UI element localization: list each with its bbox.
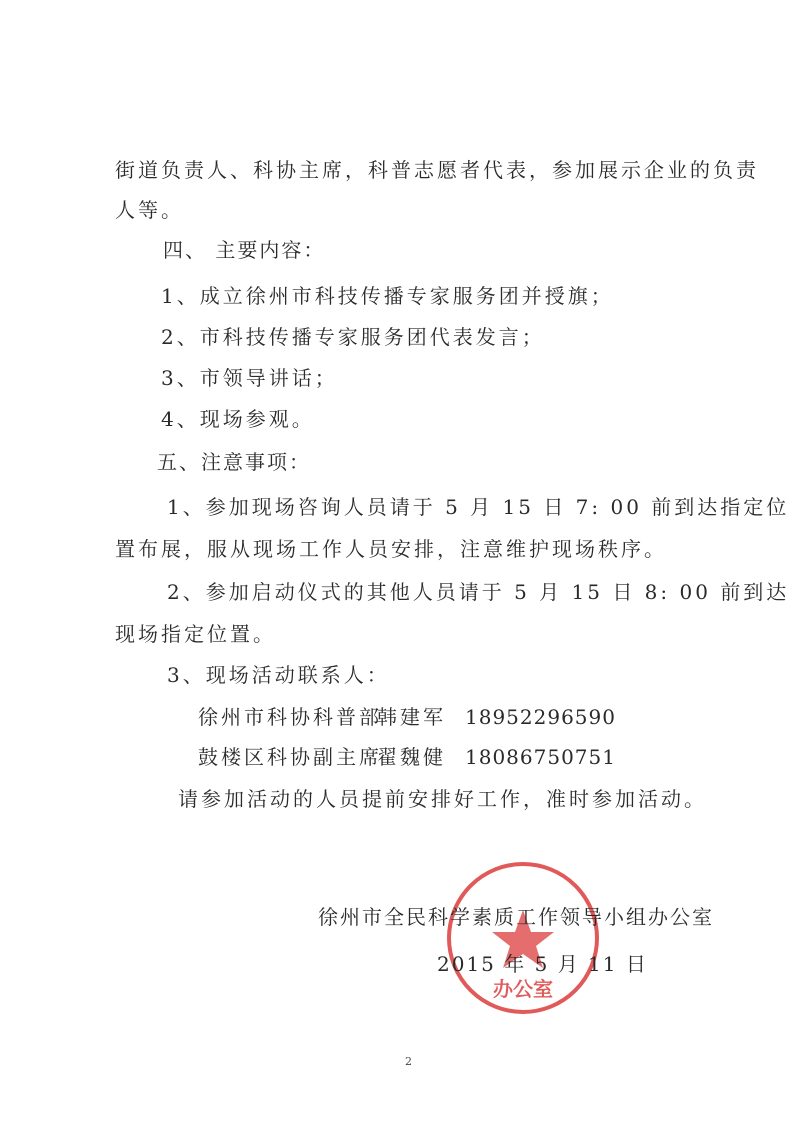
seal-star-icon: 办公室 <box>451 866 603 1018</box>
section-5-item-1-line-2: 置布展，服从现场工作人员安排，注意维护现场秩序。 <box>115 537 667 561</box>
section-5-heading: 五、注意事项： <box>157 450 311 474</box>
section-4-item-1: 1、成立徐州市科技传播专家服务团并授旗； <box>161 284 614 308</box>
section-4-item-2: 2、市科技传播专家服务团代表发言； <box>161 325 545 349</box>
contact-org: 鼓楼区科协副主席 <box>198 745 382 769</box>
contact-name: 韩建军 <box>377 705 446 729</box>
section-5-item-2-line-2: 现场指定位置。 <box>115 622 276 646</box>
signature-organization: 徐州市全民科学素质工作领导小组办公室 <box>318 905 714 929</box>
section-5-item-2-line-1: 2、参加启动仪式的其他人员请于 5 月 15 日 8: 00 前到达 <box>167 580 789 604</box>
intro-line-1: 街道负责人、科协主席，科普志愿者代表，参加展示企业的负责 <box>115 158 759 182</box>
signature-date: 2015 年 5 月 11 日 <box>437 952 648 976</box>
closing-note: 请参加活动的人员提前安排好工作，准时参加活动。 <box>178 787 707 811</box>
page-number: 2 <box>405 1055 412 1068</box>
section-5-item-3-label: 3、现场活动联系人： <box>167 663 390 687</box>
svg-text:办公室: 办公室 <box>493 977 553 1001</box>
document-page: 街道负责人、科协主席，科普志愿者代表，参加展示企业的负责 人等。 四、 主要内容… <box>0 0 800 1131</box>
official-seal: 办公室 <box>447 862 599 1014</box>
contact-name: 翟魏健 <box>377 745 446 769</box>
section-4-item-3: 3、市领导讲话； <box>161 366 338 390</box>
section-4-item-4: 4、现场参观。 <box>161 407 315 431</box>
section-5-item-1-line-1: 1、参加现场咨询人员请于 5 月 15 日 7: 00 前到达指定位 <box>167 495 789 519</box>
intro-line-2: 人等。 <box>115 198 184 222</box>
contact-phone: 18086750751 <box>465 745 616 769</box>
contact-org: 徐州市科协科普部 <box>198 705 382 729</box>
contact-phone: 18952296590 <box>465 705 616 729</box>
section-4-heading: 四、 主要内容： <box>163 238 325 262</box>
